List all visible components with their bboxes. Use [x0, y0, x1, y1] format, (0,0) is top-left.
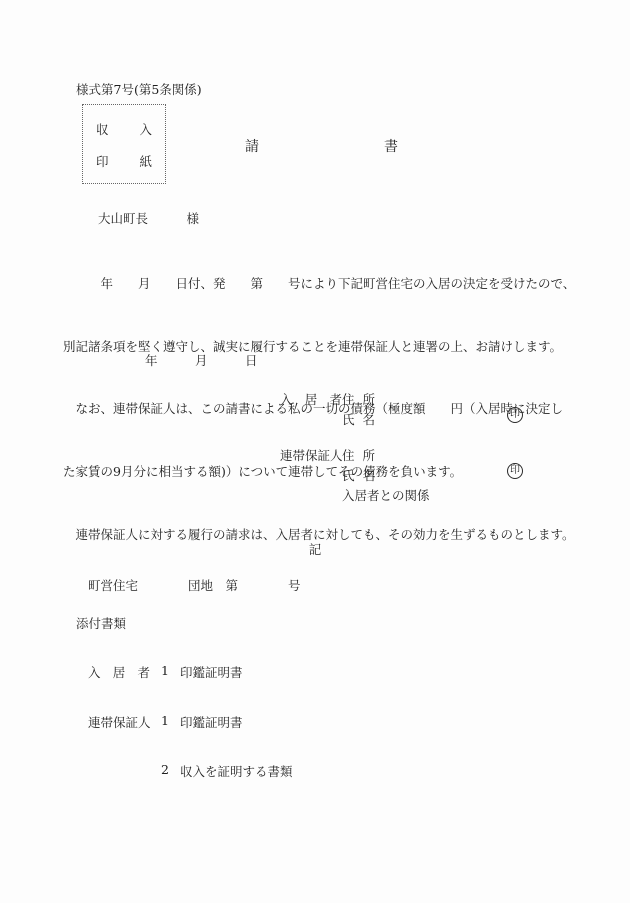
attachment-row-item: 印鑑証明書 — [180, 713, 243, 733]
resident-address-label: 住所 — [342, 390, 375, 408]
date-line: 年 月 日 — [145, 351, 258, 369]
guarantor-label: 連帯保証人 — [280, 446, 342, 464]
form-page: 様式第7号(第5条関係) 収 入 印 紙 請 書 大山町長 様 年 月 日付、発… — [0, 0, 630, 903]
resident-seal-icon: 印 — [507, 407, 523, 423]
guarantor-relation-row: 入居者との関係 — [280, 486, 430, 504]
attachment-row-label — [88, 762, 150, 782]
attachment-row-item: 収入を証明する書類 — [180, 762, 293, 782]
attachment-row-guarantor-1: 連帯保証人 1 印鑑証明書 — [88, 713, 293, 733]
resident-address-row: 入居者 住所 — [280, 390, 375, 408]
title-char-left: 請 — [245, 136, 259, 156]
resident-name-row: 氏名 — [280, 410, 375, 428]
title-char-right: 書 — [384, 136, 398, 156]
guarantor-name-label: 氏名 — [342, 466, 375, 484]
attachment-row-label: 連帯保証人 — [88, 713, 150, 733]
document-title: 請 書 — [245, 136, 398, 156]
attachment-row-label: 入居者 — [88, 663, 150, 683]
resident-name-label: 氏名 — [342, 410, 375, 428]
stamp-box-row-top: 収 入 — [96, 120, 152, 138]
attachment-row-item: 印鑑証明書 — [180, 663, 243, 683]
housing-unit-line: 町営住宅 団地 第 号 — [88, 576, 301, 594]
stamp-char-shu: 収 — [96, 120, 109, 138]
stamp-char-in: 印 — [96, 152, 109, 170]
guarantor-name-row: 氏名 — [280, 466, 375, 484]
body-line-2: 別記諸条項を堅く遵守し、誠実に履行することを連帯保証人と連署の上、お請けします。 — [63, 337, 583, 358]
revenue-stamp-box: 収 入 印 紙 — [82, 104, 166, 184]
addressee-honorific: 様 — [186, 209, 199, 227]
stamp-char-shi: 紙 — [139, 152, 152, 170]
guarantor-address-row: 連帯保証人 住所 — [280, 446, 375, 464]
attachments-list: 入居者 1 印鑑証明書 連帯保証人 1 印鑑証明書 2 収入を証明する書類 — [88, 633, 293, 812]
relation-label: 入居者との関係 — [342, 486, 430, 504]
note-heading: 記 — [0, 540, 630, 558]
stamp-box-row-bottom: 印 紙 — [96, 152, 152, 170]
guarantor-seal-icon: 印 — [507, 463, 523, 479]
attachment-row-number: 1 — [150, 663, 180, 683]
attachment-row-number: 2 — [150, 762, 180, 782]
attachment-row-guarantor-2: 2 収入を証明する書類 — [88, 762, 293, 782]
attachment-row-resident: 入居者 1 印鑑証明書 — [88, 663, 293, 683]
attachments-heading: 添付書類 — [76, 614, 126, 632]
addressee-name: 大山町長 — [98, 209, 148, 227]
form-number: 様式第7号(第5条関係) — [76, 80, 202, 98]
stamp-char-nyu: 入 — [139, 120, 152, 138]
attachment-row-number: 1 — [150, 713, 180, 733]
resident-label: 入居者 — [280, 390, 342, 408]
guarantor-address-label: 住所 — [342, 446, 375, 464]
addressee-line: 大山町長 様 — [98, 209, 199, 227]
body-line-1: 年 月 日付、発 第 号により下記町営住宅の入居の決定を受けたので、 — [63, 274, 583, 295]
